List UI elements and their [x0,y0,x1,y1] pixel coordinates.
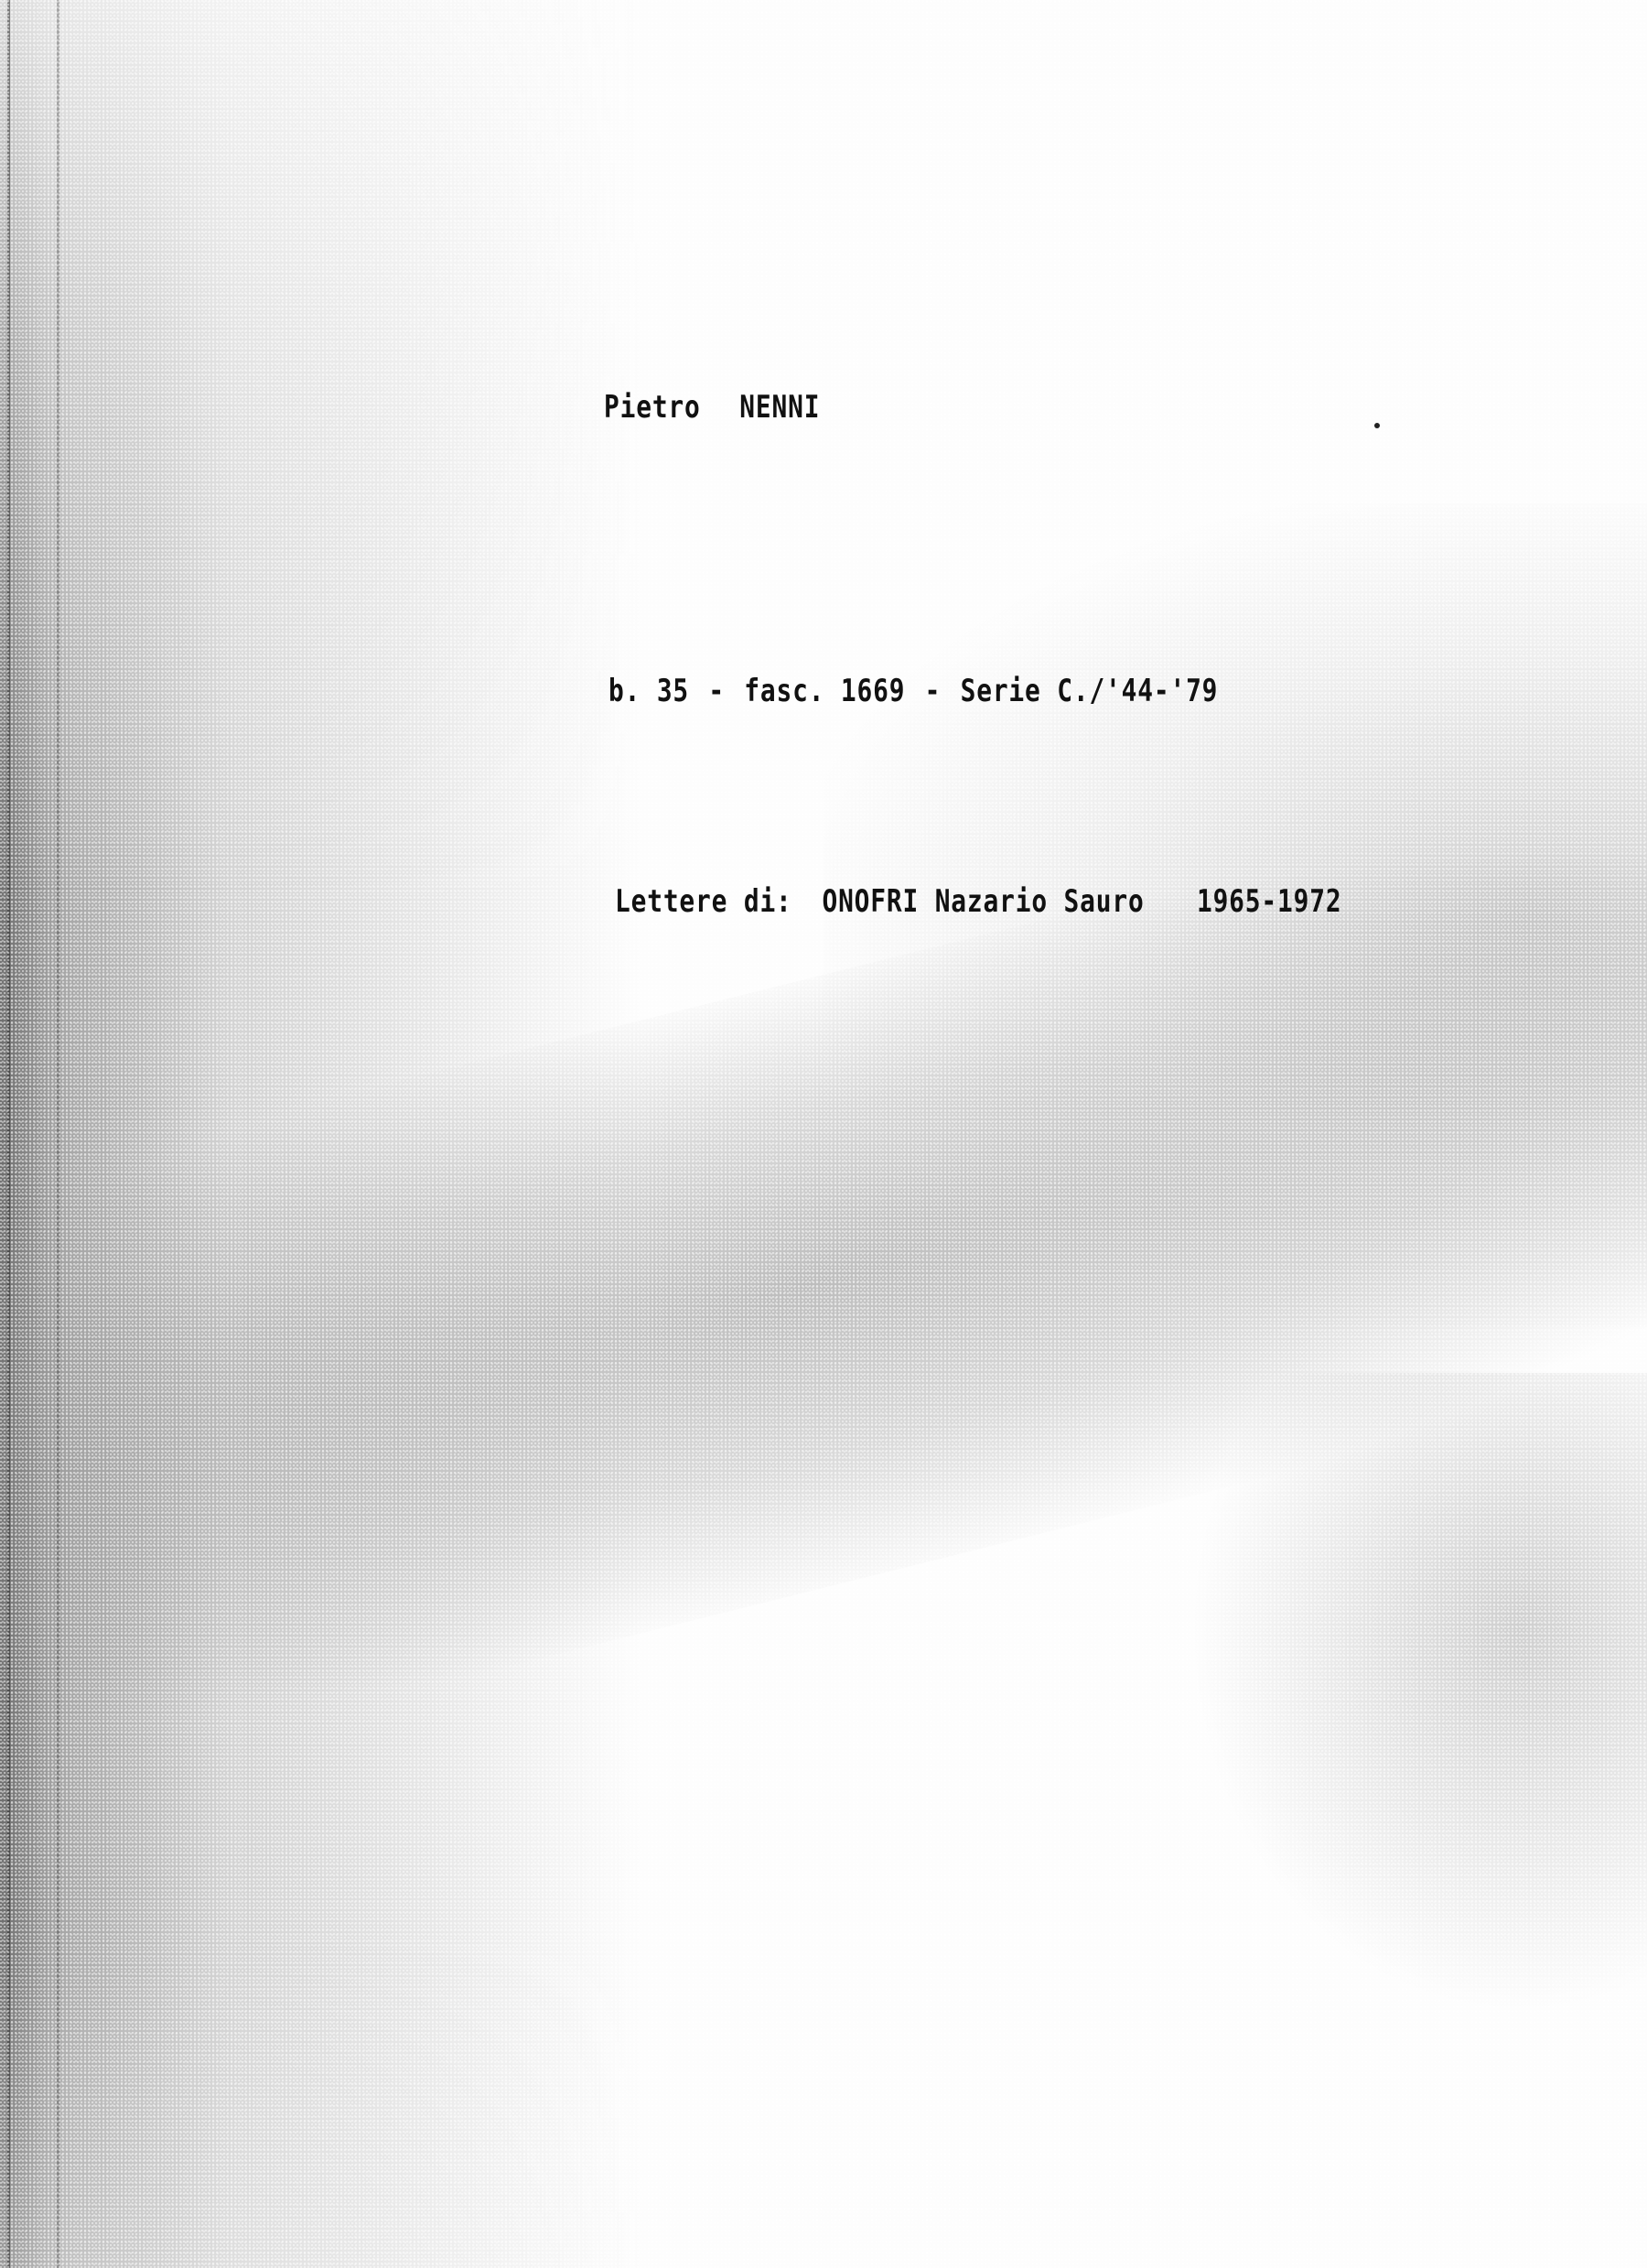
separator: - [925,673,942,709]
paper-grain [0,0,1647,2268]
ink-speck [1374,423,1380,428]
archival-reference: b. 35-fasc. 1669-Serie C./'44-'79 [608,673,1218,709]
first-name: Pietro [604,389,701,426]
separator: - [708,673,725,709]
letters-label: Lettere di: [615,883,792,920]
fascicolo-number: fasc. 1669 [744,673,905,709]
scanned-page: PietroNENNI b. 35-fasc. 1669-Serie C./'4… [0,0,1647,2268]
last-name: NENNI [739,389,820,426]
letters-author: ONOFRI Nazario Sauro [822,883,1144,920]
busta-number: b. 35 [608,673,689,709]
letters-date-range: 1965-1972 [1197,883,1341,920]
person-name: PietroNENNI [604,389,820,426]
correspondence-line: Lettere di:ONOFRI Nazario Sauro1965-1972 [615,883,1341,920]
serie-label: Serie C./'44-'79 [961,673,1219,709]
